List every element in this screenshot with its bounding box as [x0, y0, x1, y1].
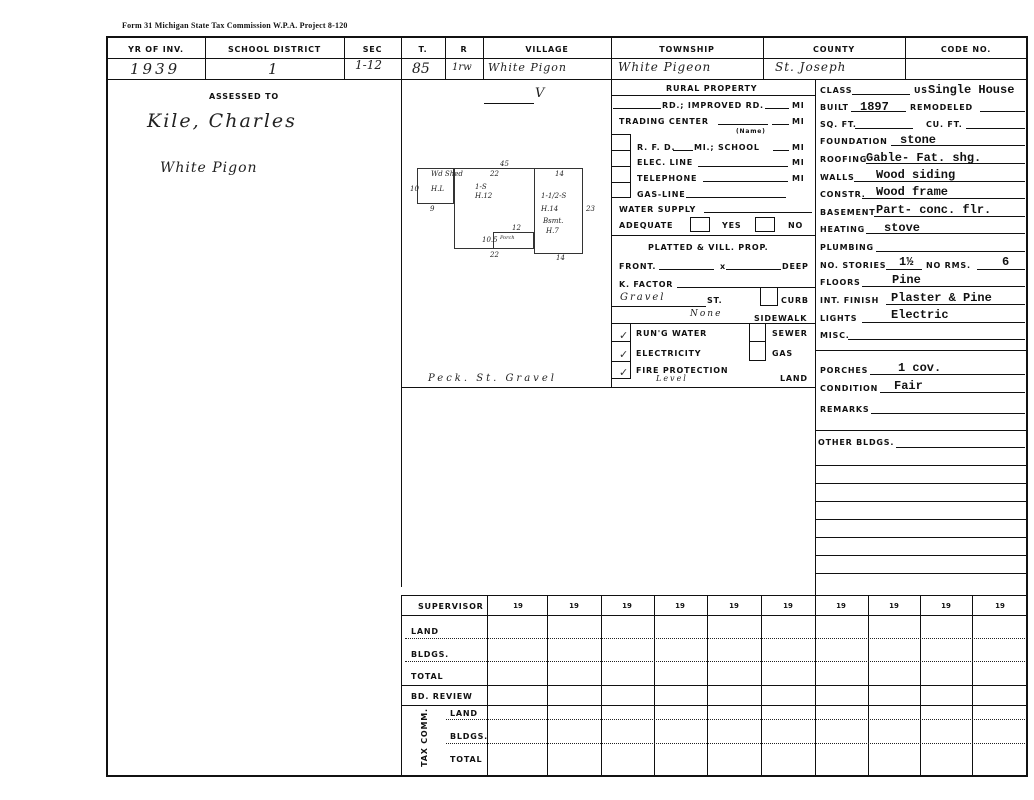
- dim-right-bsmt-h: H.7: [546, 227, 559, 235]
- col-t: T.: [401, 45, 445, 54]
- remarks-label: REMARKS: [820, 405, 870, 414]
- dim-shed-left: 10: [410, 185, 419, 193]
- rooms-field: [977, 269, 1025, 270]
- rfd-field[interactable]: [673, 150, 693, 151]
- walls-value[interactable]: Wood siding: [876, 168, 955, 182]
- year-col-10[interactable]: 19: [985, 602, 1015, 610]
- t-value[interactable]: 85: [412, 61, 430, 77]
- class-field[interactable]: [852, 94, 910, 95]
- dim-shed-label: Wd Shed: [431, 170, 463, 178]
- gas-line-label: GAS-LINE: [637, 190, 685, 199]
- trading-center-label: TRADING CENTER: [619, 117, 709, 126]
- deep-field[interactable]: [726, 269, 781, 270]
- misc-label: MISC.: [820, 331, 850, 340]
- assessed-to-place[interactable]: White Pigon: [160, 160, 258, 176]
- assessed-to-name[interactable]: Kile, Charles: [147, 110, 297, 132]
- rooms-label: NO RMS.: [926, 261, 971, 270]
- st-label: ST.: [707, 296, 722, 305]
- stories-label: NO. STORIES: [820, 261, 886, 270]
- k-factor-label: K. FACTOR: [619, 280, 673, 289]
- dim-right-h: H.14: [541, 205, 558, 213]
- year-col-9[interactable]: 19: [931, 602, 961, 610]
- year-col-3[interactable]: 19: [612, 602, 642, 610]
- dim-main-stories: 1-S: [475, 183, 487, 191]
- walls-label: WALLS: [820, 173, 855, 182]
- runng-water-check-icon: ✓: [619, 329, 628, 342]
- rural-property-title: RURAL PROPERTY: [666, 84, 757, 93]
- form-caption: Form 31 Michigan State Tax Commission W.…: [122, 21, 348, 30]
- int-finish-value[interactable]: Plaster & Pine: [891, 291, 992, 305]
- dim-porch-label: Porch: [500, 235, 515, 241]
- mi-label: MI: [792, 117, 805, 126]
- col-code-no: CODE NO.: [905, 45, 1027, 54]
- sewer-label: SEWER: [772, 329, 808, 338]
- lights-label: LIGHTS: [820, 314, 857, 323]
- supervisor-label: SUPERVISOR: [418, 602, 484, 611]
- rd-field[interactable]: [613, 108, 661, 109]
- tax-total-row-label: TOTAL: [450, 755, 482, 764]
- runng-water-label: RUN'G WATER: [636, 329, 707, 338]
- improved-rd-field[interactable]: [765, 108, 789, 109]
- street-field: [611, 306, 706, 307]
- mi-label: MI: [792, 158, 805, 167]
- sidewalk-value[interactable]: None: [690, 309, 722, 319]
- front-field[interactable]: [659, 269, 714, 270]
- sketch-top-mark: V: [535, 86, 544, 101]
- dim-shed-h: H.L: [431, 185, 444, 193]
- dim-main-h: H.12: [475, 192, 492, 200]
- street-value[interactable]: Gravel: [620, 292, 666, 303]
- other-bldgs-field[interactable]: [896, 447, 1025, 448]
- constr-value[interactable]: Wood frame: [876, 185, 948, 199]
- foundation-label: FOUNDATION: [820, 137, 888, 146]
- tax-comm-label: TAX COMM.: [420, 708, 429, 767]
- basement-label: BASEMENT: [820, 208, 876, 217]
- elec-line-label: ELEC. LINE: [637, 158, 693, 167]
- built-value[interactable]: 1897: [860, 100, 889, 114]
- water-supply-field[interactable]: [704, 212, 812, 213]
- condition-label: CONDITION: [820, 384, 878, 393]
- year-col-6[interactable]: 19: [773, 602, 803, 610]
- dim-right-side: 23: [586, 205, 595, 213]
- sq-ft-label: SQ. FT.: [820, 120, 857, 129]
- dim-right-stories: 1-1/2-S: [541, 192, 566, 200]
- basement-value[interactable]: Part- conc. flr.: [876, 203, 991, 217]
- cu-ft-label: CU. FT.: [926, 120, 963, 129]
- rfd-label: R. F. D.: [637, 143, 675, 152]
- col-township: TOWNSHIP: [611, 45, 763, 54]
- stories-field: [886, 269, 922, 270]
- tax-bldgs-row-label: BLDGS.: [450, 732, 488, 741]
- plumbing-label: PLUMBING: [820, 243, 874, 252]
- water-supply-label: WATER SUPPLY: [619, 205, 696, 214]
- dim-right-top: 14: [555, 170, 564, 178]
- platted-title: PLATTED & VILL. PROP.: [648, 243, 769, 252]
- tax-land-row-label: LAND: [450, 709, 478, 718]
- school-district-value[interactable]: 1: [268, 60, 278, 78]
- col-county: COUNTY: [763, 45, 905, 54]
- misc-field[interactable]: [848, 339, 1025, 340]
- porches-value[interactable]: 1 cov.: [898, 361, 941, 375]
- mi-label: MI: [792, 101, 805, 110]
- rd-label: RD.; IMPROVED RD.: [662, 101, 764, 110]
- deep-label: DEEP: [782, 262, 809, 271]
- int-finish-label: INT. FINISH: [820, 296, 879, 305]
- remodeled-field[interactable]: [980, 111, 1025, 112]
- village-value[interactable]: White Pigon: [488, 61, 567, 74]
- dim-right-bottom: 14: [556, 254, 565, 262]
- cu-ft-field[interactable]: [966, 128, 1025, 129]
- dim-porch-top: 12: [512, 224, 521, 232]
- other-bldgs-label: OTHER BLDGS.: [818, 438, 894, 447]
- dim-porch-left: 10.5: [482, 236, 498, 244]
- adequate-no-checkbox[interactable]: [755, 217, 775, 232]
- mi-label: MI: [792, 174, 805, 183]
- k-factor-field[interactable]: [677, 287, 815, 288]
- lights-value[interactable]: Electric: [891, 308, 949, 322]
- foundation-value[interactable]: stone: [900, 133, 936, 147]
- remodeled-label: REMODELED: [910, 103, 973, 112]
- sewer-gas-checkboxes[interactable]: [749, 323, 766, 361]
- stories-value[interactable]: 1½: [899, 255, 913, 269]
- trading-center-mi-field[interactable]: [772, 124, 789, 125]
- adequate-label: ADEQUATE: [619, 221, 673, 230]
- rooms-value[interactable]: 6: [1002, 255, 1009, 269]
- telephone-field[interactable]: [703, 181, 788, 182]
- dim-bottom: 22: [490, 251, 499, 259]
- assessed-to-label: ASSESSED TO: [209, 92, 279, 101]
- remarks-field[interactable]: [871, 413, 1025, 414]
- curb-checkbox[interactable]: [760, 287, 778, 306]
- plumbing-field[interactable]: [876, 251, 1025, 252]
- trading-center-field[interactable]: [718, 124, 768, 125]
- dim-right-bsmt: Bsmt.: [543, 217, 563, 225]
- dim-shed-bottom: 9: [430, 205, 434, 213]
- floors-field: [862, 286, 1025, 287]
- yes-label: YES: [722, 221, 741, 230]
- year-col-5[interactable]: 19: [719, 602, 749, 610]
- col-yr-of-inv: YR OF INV.: [107, 45, 205, 54]
- no-label: NO: [788, 221, 803, 230]
- use-value[interactable]: Single House: [928, 83, 1014, 97]
- elec-line-field[interactable]: [698, 166, 788, 167]
- sec-value[interactable]: 1-12: [355, 58, 382, 72]
- year-col-4[interactable]: 19: [665, 602, 695, 610]
- school-field[interactable]: [773, 150, 789, 151]
- porches-label: PORCHES: [820, 366, 868, 375]
- bldgs-row-label: BLDGS.: [411, 650, 449, 659]
- total-row-label: TOTAL: [411, 672, 443, 681]
- floors-value[interactable]: Pine: [892, 273, 921, 287]
- county-value[interactable]: St. Joseph: [775, 60, 846, 74]
- dim-main-top: 22: [490, 170, 499, 178]
- roofing-value[interactable]: Gable- Fat. shg.: [866, 151, 981, 165]
- heating-label: HEATING: [820, 225, 865, 234]
- floors-label: FLOORS: [820, 278, 861, 287]
- fire-protection-check-icon: ✓: [619, 366, 628, 379]
- bd-review-row-label: BD. REVIEW: [411, 692, 473, 701]
- electricity-label: ELECTRICITY: [636, 349, 701, 358]
- yr-of-inv-value[interactable]: 1939: [130, 60, 180, 78]
- land-label: LAND: [780, 374, 808, 383]
- year-col-2[interactable]: 19: [559, 602, 589, 610]
- year-col-8[interactable]: 19: [879, 602, 909, 610]
- township-value[interactable]: White Pigeon: [618, 60, 711, 74]
- heating-value[interactable]: stove: [884, 221, 920, 235]
- dim-overall: 45: [500, 160, 509, 168]
- sq-ft-field[interactable]: [855, 128, 913, 129]
- use-label: US: [914, 86, 928, 95]
- front-label: FRONT.: [619, 262, 656, 271]
- assessment-card-frame: [106, 36, 1028, 777]
- land-row-label: LAND: [411, 627, 439, 636]
- sidewalk-label: SIDEWALK: [754, 314, 807, 323]
- land-value[interactable]: Level: [656, 374, 688, 383]
- year-col-1[interactable]: 19: [503, 602, 533, 610]
- col-sec: SEC: [344, 45, 401, 54]
- built-label: BUILT: [820, 103, 849, 112]
- electricity-check-icon: ✓: [619, 348, 628, 361]
- col-r: R: [445, 45, 483, 54]
- street-note: Peck. St. Gravel: [428, 373, 557, 384]
- year-col-7[interactable]: 19: [826, 602, 856, 610]
- lights-field: [862, 322, 1025, 323]
- r-value[interactable]: 1rw: [452, 62, 472, 73]
- gas-label: GAS: [772, 349, 793, 358]
- adequate-yes-checkbox[interactable]: [690, 217, 710, 232]
- constr-label: CONSTR.: [820, 190, 866, 199]
- gas-line-field[interactable]: [686, 197, 786, 198]
- condition-value[interactable]: Fair: [894, 379, 923, 393]
- roofing-label: ROOFING: [820, 155, 867, 164]
- telephone-label: TELEPHONE: [637, 174, 697, 183]
- porches-field: [870, 374, 1025, 375]
- name-note: (Name): [736, 128, 766, 135]
- curb-label: CURB: [781, 296, 809, 305]
- mi-label: MI: [792, 143, 805, 152]
- mi-school-label: MI.; SCHOOL: [694, 143, 760, 152]
- col-village: VILLAGE: [483, 45, 611, 54]
- class-label: CLASS: [820, 86, 852, 95]
- col-school-district: SCHOOL DISTRICT: [205, 45, 344, 54]
